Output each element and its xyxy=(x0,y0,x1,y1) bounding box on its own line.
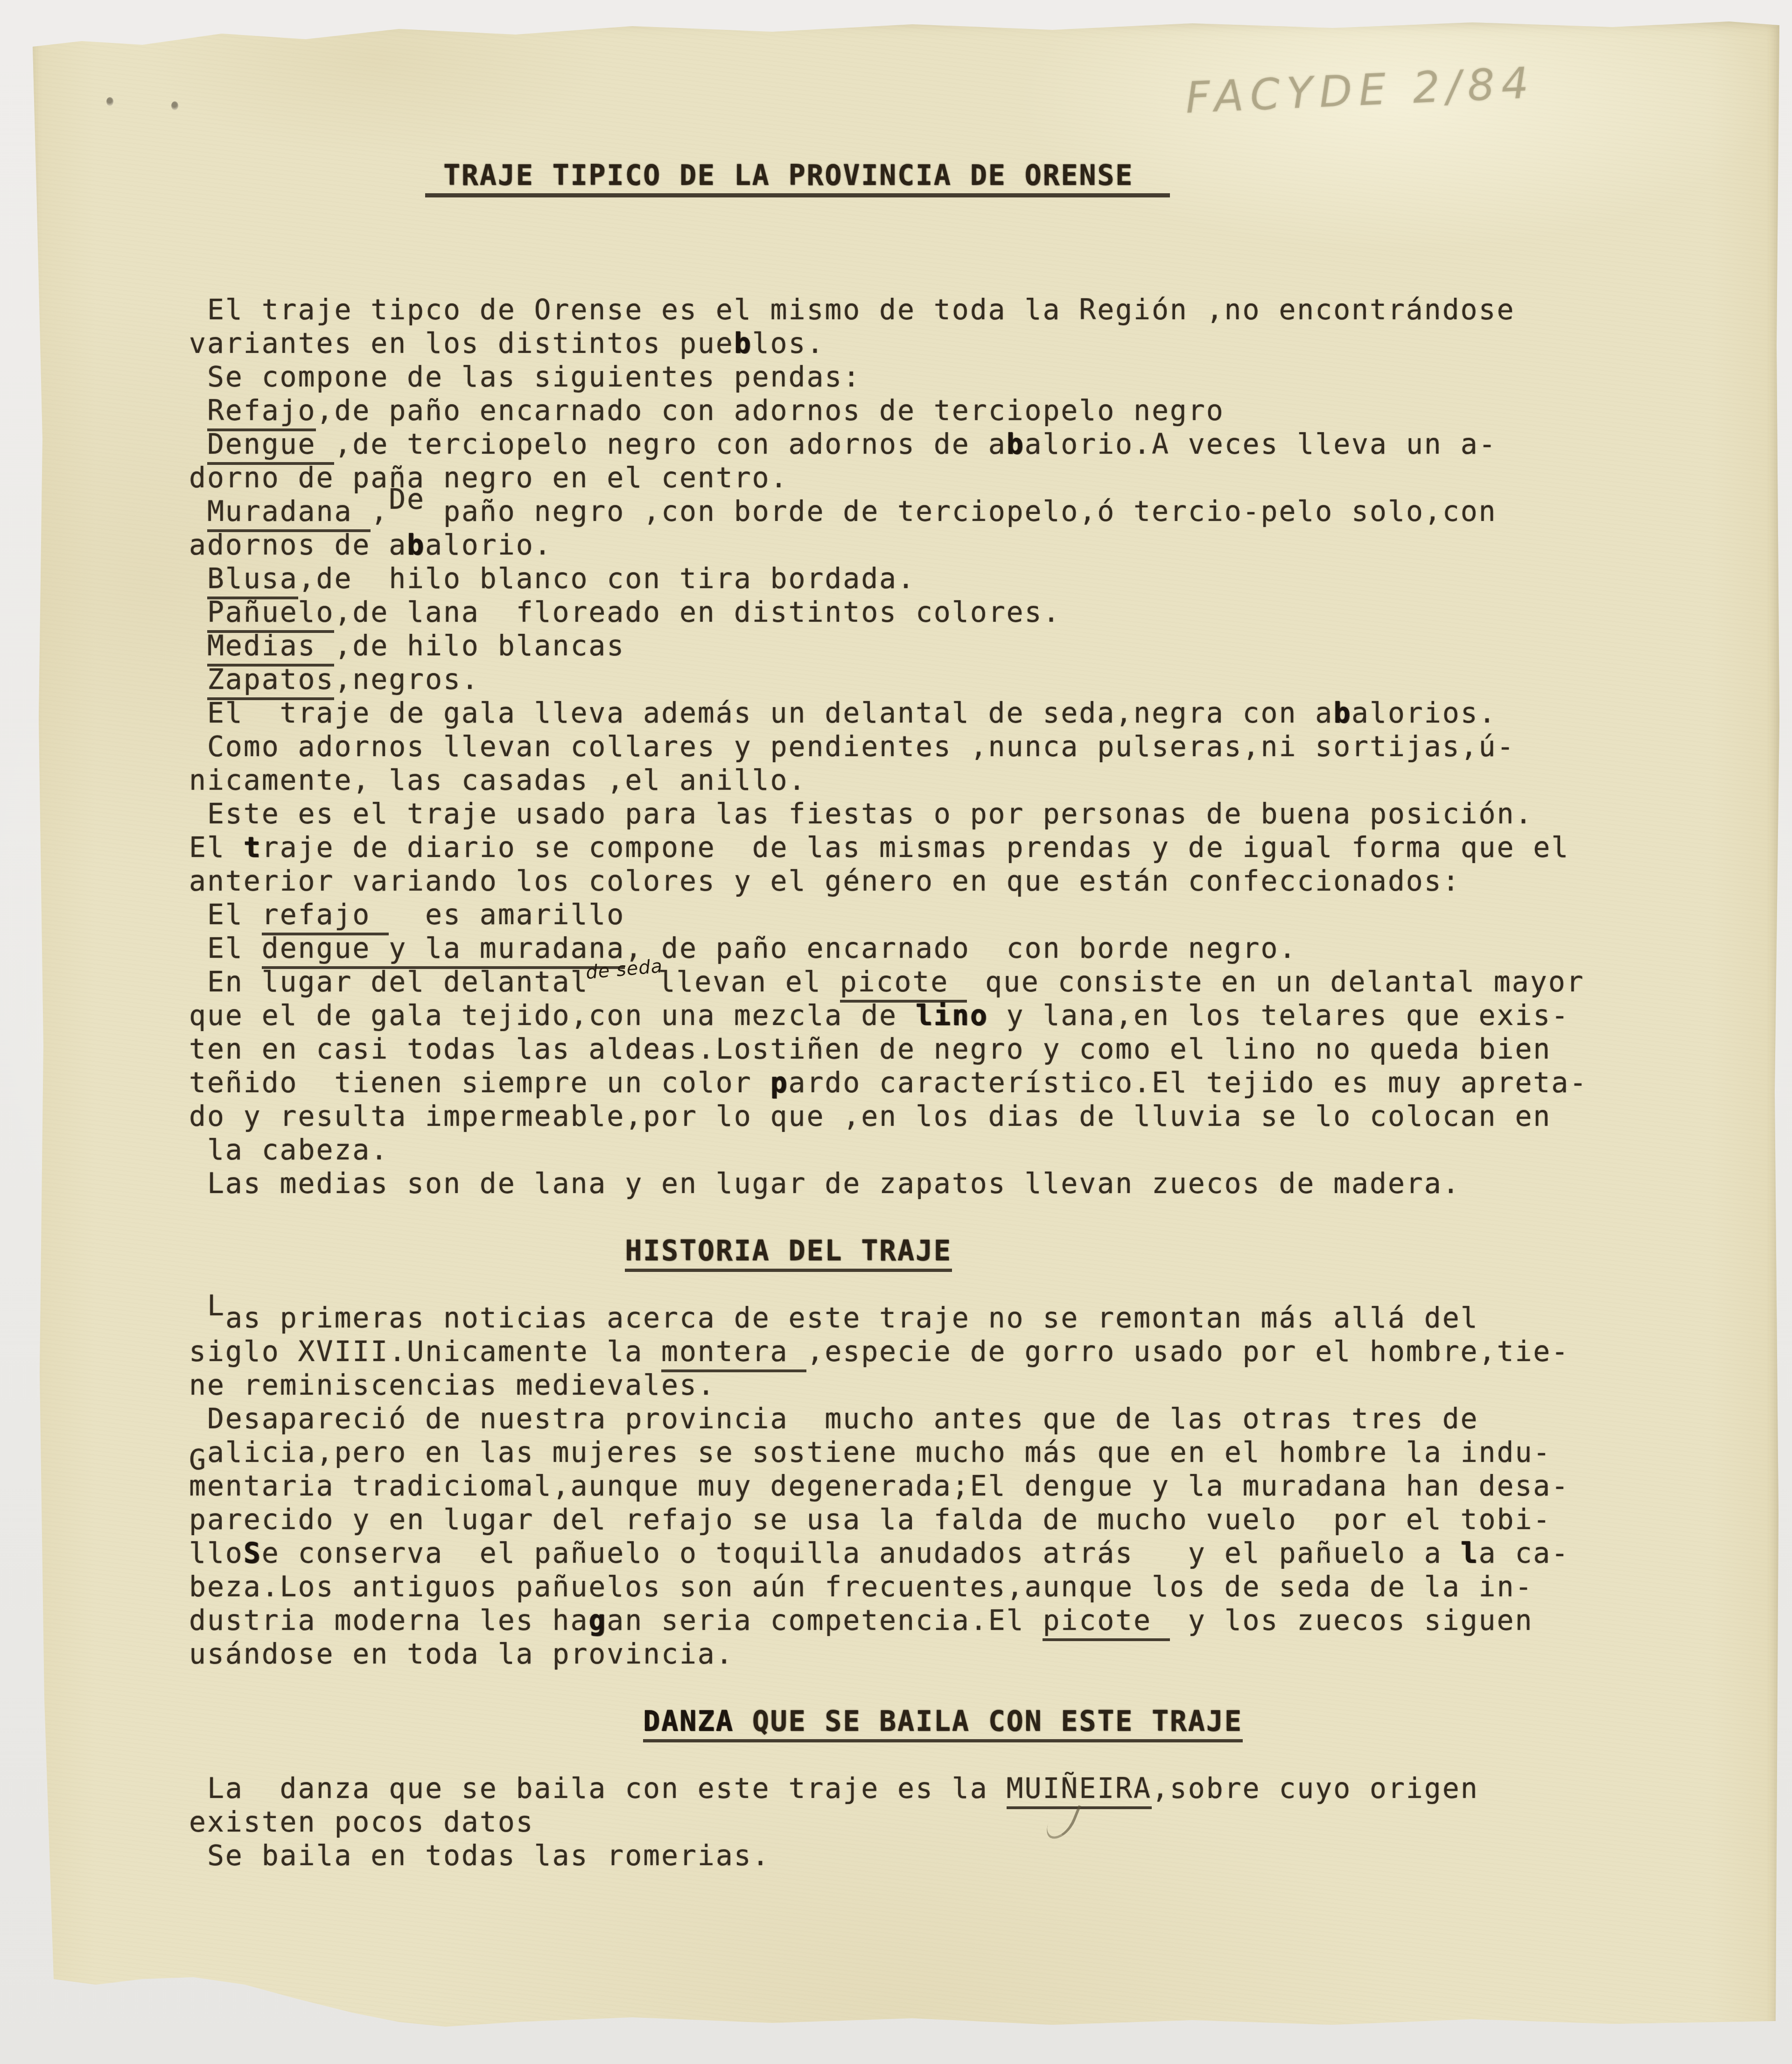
typewritten-line: Las medias son de lana y en lugar de zap… xyxy=(189,1167,1588,1200)
typewritten-line: que el de gala tejido,con una mezcla de … xyxy=(189,999,1588,1032)
typewritten-line: Desapareció de nuestra provincia mucho a… xyxy=(189,1402,1588,1436)
typewritten-line: Dengue ,de terciopelo negro con adornos … xyxy=(189,428,1588,461)
typewritten-line: Las primeras noticias acerca de este tra… xyxy=(189,1301,1588,1335)
typewritten-line: teñido tienen siempre un color pardo car… xyxy=(189,1066,1588,1100)
pencil-annotation: FACYDE 2/84 xyxy=(1184,57,1541,123)
typewritten-line: variantes en los distintos pueblos. xyxy=(189,327,1588,360)
typewritten-line: El traje de diario se compone de las mis… xyxy=(189,831,1588,864)
typewritten-line: siglo XVIII.Unicamente la montera ,espec… xyxy=(189,1335,1588,1369)
typewritten-line: adornos de abalorio. xyxy=(189,528,1588,562)
typewritten-line: El traje de gala lleva además un delanta… xyxy=(189,696,1588,730)
typewritten-line: ten en casi todas las aldeas.Lostiñen de… xyxy=(189,1032,1588,1066)
typewritten-line: Muradana ,De paño negro ,con borde de te… xyxy=(189,495,1588,528)
typewritten-line xyxy=(189,1671,1588,1705)
typewritten-line: lloSe conserva el pañuelo o toquilla anu… xyxy=(189,1537,1588,1570)
typewritten-line: anterior variando los colores y el géner… xyxy=(189,864,1588,898)
document-title-line: TRAJE TIPICO DE LA PROVINCIA DE ORENSE xyxy=(189,159,1588,192)
typewritten-line: Medias ,de hilo blancas xyxy=(189,629,1588,663)
typewritten-text: TRAJE TIPICO DE LA PROVINCIA DE ORENSE E… xyxy=(189,159,1588,1873)
typewritten-line xyxy=(189,226,1588,260)
pinhole-mark xyxy=(171,101,178,110)
typewritten-line: Se compone de las siguientes pendas: xyxy=(189,360,1588,394)
typewritten-line: dustria moderna les hagan seria competen… xyxy=(189,1604,1588,1637)
section-heading-line: HISTORIA DEL TRAJE xyxy=(189,1234,1588,1268)
typewritten-line: la cabeza. xyxy=(189,1133,1588,1167)
typewritten-line: El dengue y la muradana, de paño encarna… xyxy=(189,932,1588,965)
typewritten-line: Se baila en todas las romerias. xyxy=(189,1839,1588,1873)
typewritten-line: parecido y en lugar del refajo se usa la… xyxy=(189,1503,1588,1537)
typewritten-line xyxy=(189,1738,1588,1772)
typewritten-line: beza.Los antiguos pañuelos son aún frecu… xyxy=(189,1570,1588,1604)
typewritten-line xyxy=(189,260,1588,293)
document-paper: FACYDE 2/84 TRAJE TIPICO DE LA PROVINCIA… xyxy=(26,19,1780,2040)
typewritten-line: Pañuelo,de lana floreado en distintos co… xyxy=(189,596,1588,629)
typewritten-line: mentaria tradiciomal,aunque muy degenera… xyxy=(189,1469,1588,1503)
typewritten-line xyxy=(189,1200,1588,1234)
typewritten-line: Blusa,de hilo blanco con tira bordada. xyxy=(189,562,1588,596)
section-heading-line: DANZA QUE SE BAILA CON ESTE TRAJE xyxy=(189,1705,1588,1738)
typewritten-line: Este es el traje usado para las fiestas … xyxy=(189,797,1588,831)
typewritten-line: existen pocos datos xyxy=(189,1805,1588,1839)
typewritten-line: El refajo es amarillo xyxy=(189,898,1588,932)
typewritten-line: nicamente, las casadas ,el anillo. xyxy=(189,764,1588,797)
typewritten-line: El traje tipco de Orense es el mismo de … xyxy=(189,293,1588,327)
typewritten-line: En lugar del delantalde sedallevan el pi… xyxy=(189,965,1588,999)
typewritten-line xyxy=(189,1268,1588,1301)
typewritten-line: La danza que se baila con este traje es … xyxy=(189,1772,1588,1805)
typewritten-line: Zapatos,negros. xyxy=(189,663,1588,696)
typewritten-line: Como adornos llevan collares y pendiente… xyxy=(189,730,1588,764)
pinhole-mark xyxy=(106,97,113,106)
page-background: { "page": { "background_color": "#ebeae7… xyxy=(0,0,1792,2064)
typewritten-line: Galicia,pero en las mujeres se sostiene … xyxy=(189,1436,1588,1469)
typewritten-line: ne reminiscencias medievales. xyxy=(189,1369,1588,1402)
typewritten-line: Refajo,de paño encarnado con adornos de … xyxy=(189,394,1588,428)
typewritten-line: usándose en toda la provincia. xyxy=(189,1637,1588,1671)
typewritten-line: do y resulta impermeable,por lo que ,en … xyxy=(189,1100,1588,1133)
